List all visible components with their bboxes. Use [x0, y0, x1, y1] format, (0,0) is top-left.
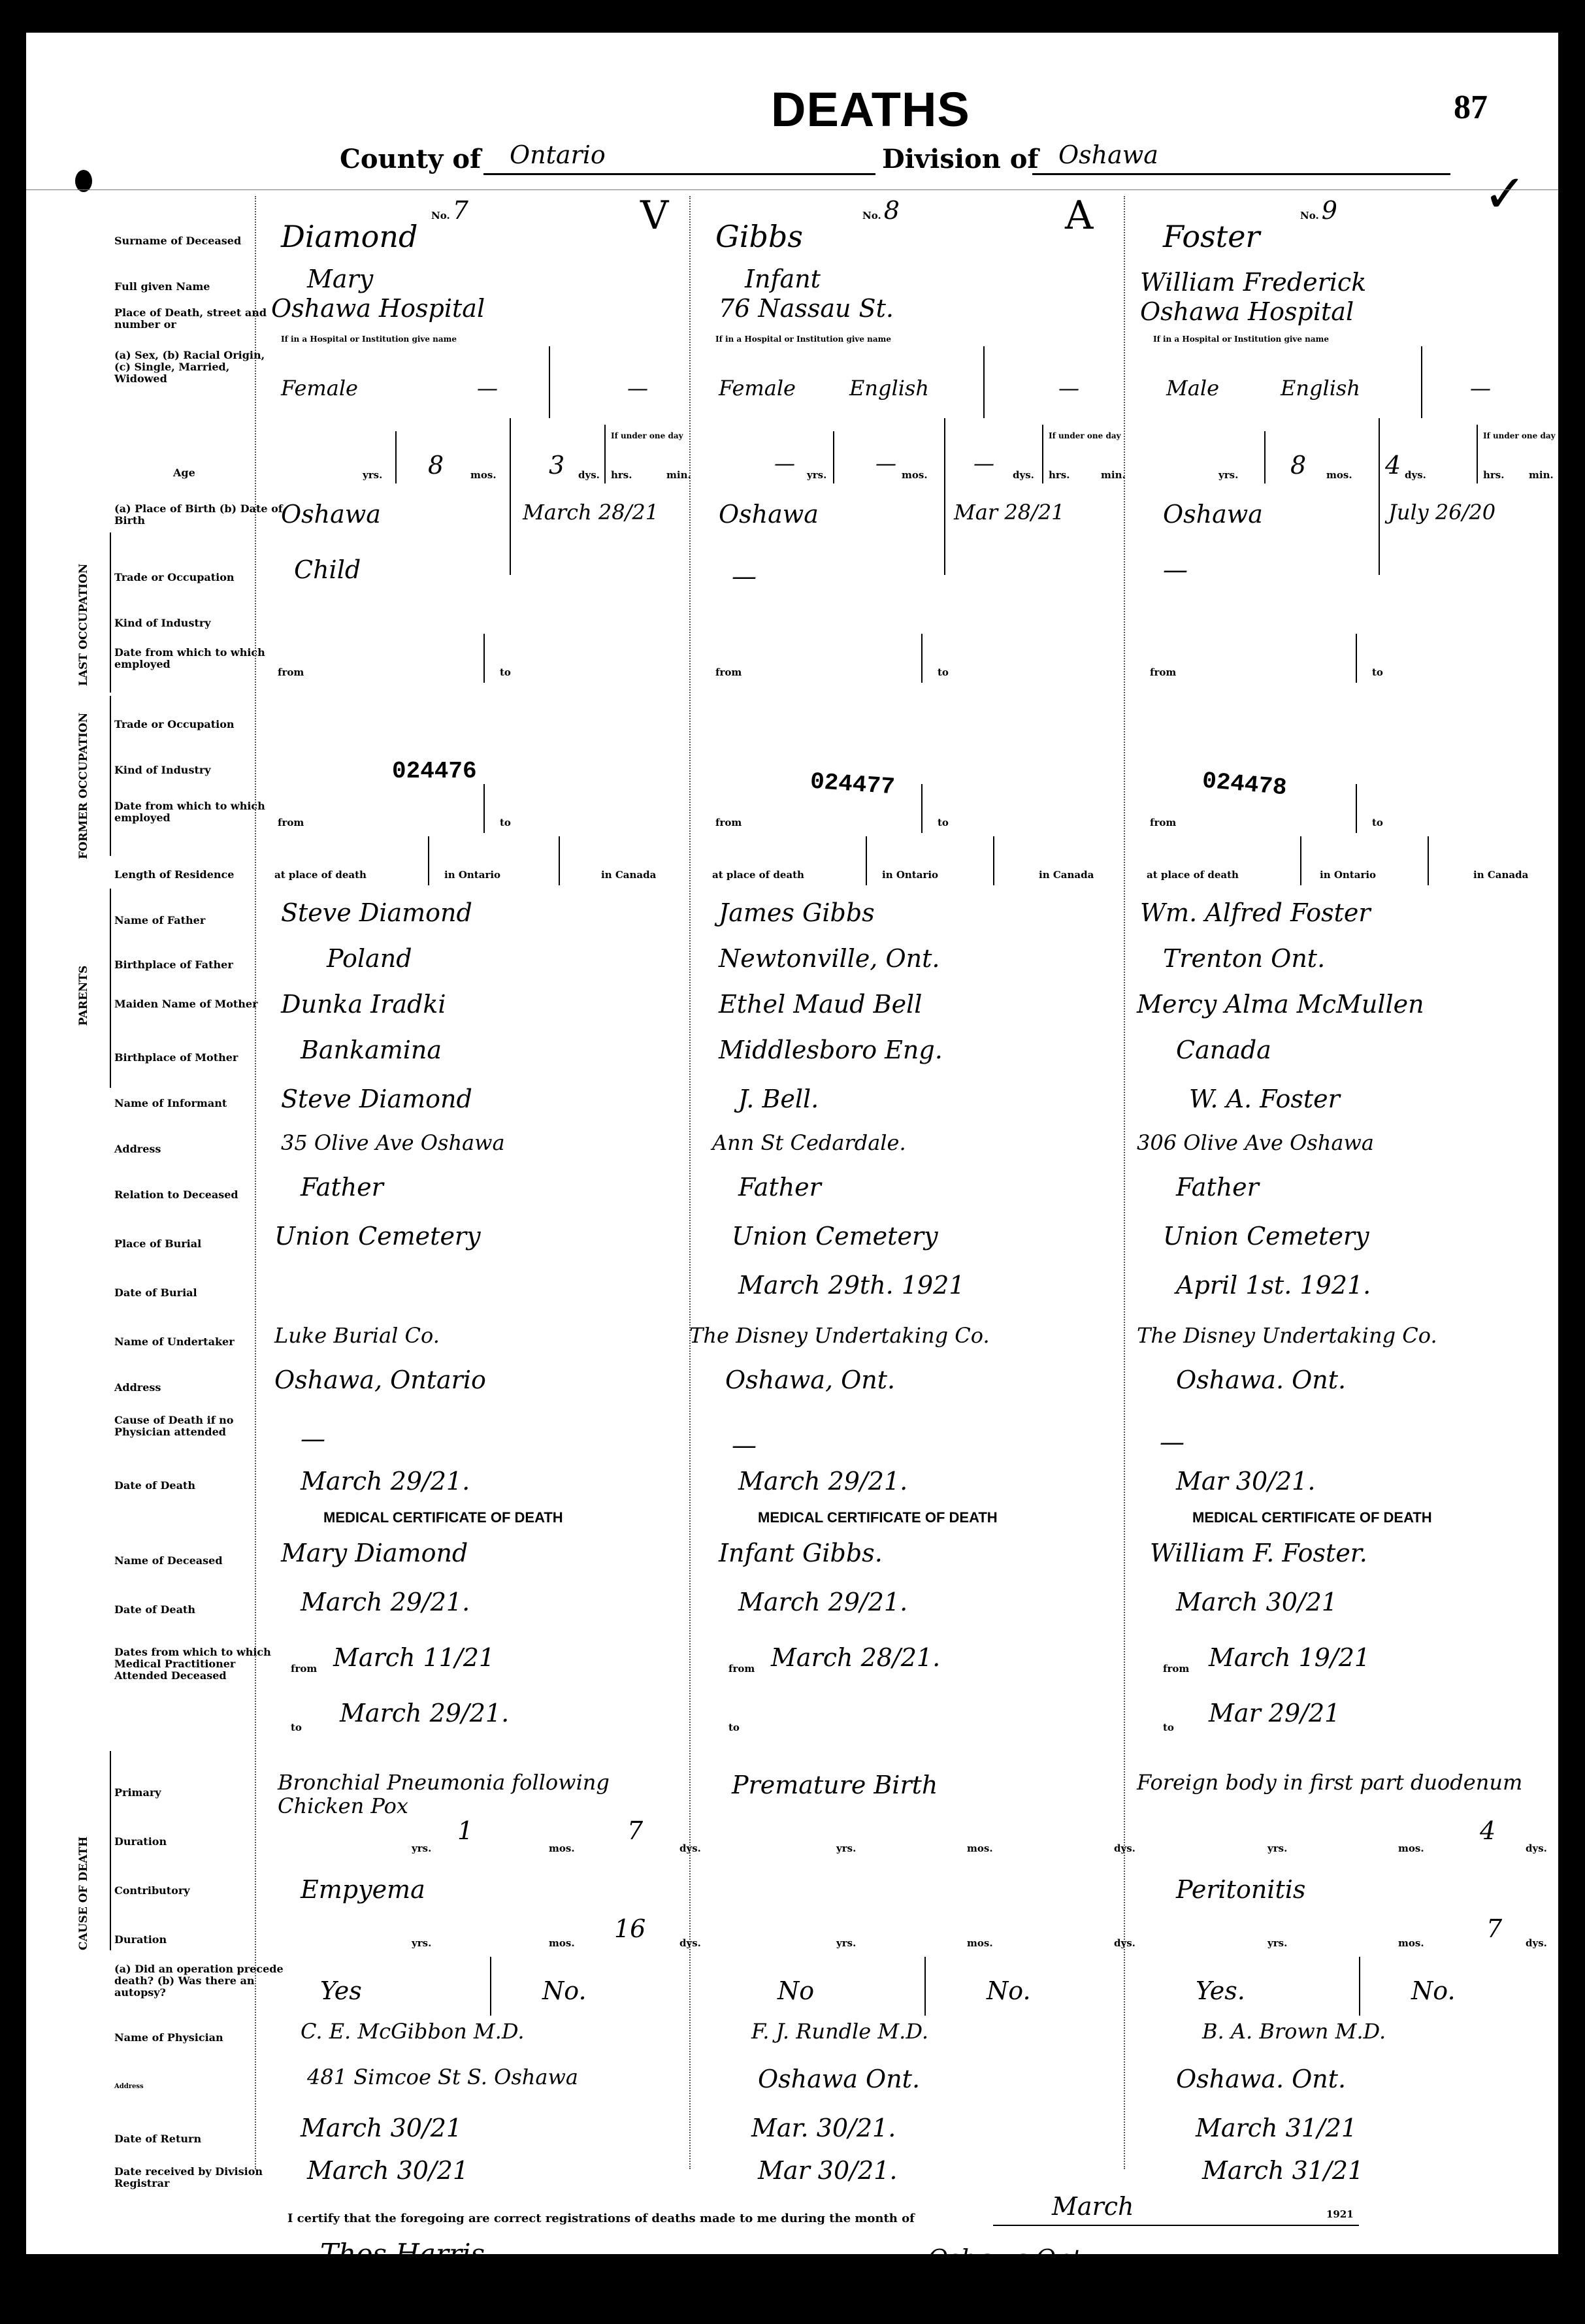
- record-3-sex: Male: [1166, 376, 1219, 401]
- section-bracket: [110, 1751, 111, 1950]
- record-1-informant: Steve Diamond: [281, 1085, 472, 1113]
- label-residence: Length of Residence: [114, 869, 284, 881]
- record-1-mother-maiden: Dunka Iradki: [281, 990, 446, 1019]
- grid-line: [483, 784, 485, 833]
- label-given-name: Full given Name: [114, 281, 284, 293]
- under-one-day-1: If under one day: [611, 431, 683, 440]
- record-3-undertaker-address: Oshawa. Ont.: [1176, 1366, 1346, 1394]
- label-surname: Surname of Deceased: [114, 235, 284, 247]
- label-birth: (a) Place of Birth (b) Date of Birth: [114, 503, 284, 527]
- record-2-sex: Female: [719, 376, 796, 401]
- record-1-birth-place: Oshawa: [281, 500, 381, 529]
- record-3-burial-place: Union Cemetery: [1163, 1222, 1369, 1251]
- grid-line: [1356, 784, 1357, 833]
- county-label: County of: [340, 144, 481, 174]
- former-from-3: from: [1150, 817, 1176, 828]
- label-former-industry: Kind of Industry: [114, 764, 284, 776]
- record-1-autopsy: No.: [542, 1976, 587, 2005]
- certification-text: I certify that the foregoing are correct…: [287, 2212, 915, 2225]
- from-2: from: [715, 666, 742, 678]
- label-undertaker-address: Address: [114, 1382, 284, 1394]
- record-2-autopsy: No.: [987, 1976, 1031, 2005]
- grid-line: [983, 346, 985, 418]
- record-1-primary: Bronchial Pneumonia following Chicken Po…: [278, 1771, 670, 1818]
- record-3-attended-to: Mar 29/21: [1209, 1699, 1340, 1727]
- res-ontario-3: in Ontario: [1320, 869, 1376, 881]
- record-1-birth-date: March 28/21: [523, 500, 659, 525]
- registrar-signature: Thos Harris: [320, 2238, 485, 2270]
- label-med-name: Name of Deceased: [114, 1555, 284, 1567]
- record-2-mother-maiden: Ethel Maud Bell: [719, 990, 922, 1019]
- grid-line: [559, 836, 560, 885]
- county-underline: [483, 173, 875, 175]
- section-bracket: [110, 532, 111, 693]
- record-2-place-of-death: 76 Nassau St.: [719, 294, 894, 323]
- record-1-surname: Diamond: [281, 219, 417, 254]
- label-employed: Date from which to which employed: [114, 647, 284, 670]
- label-column-divider: [255, 196, 256, 2169]
- header-divider: [26, 189, 1558, 190]
- record-2-date-return: Mar. 30/21.: [751, 2114, 896, 2142]
- signature-line: [287, 2267, 732, 2268]
- record-3-med-name: William F. Foster.: [1150, 1539, 1367, 1567]
- label-undertaker: Name of Undertaker: [114, 1336, 284, 1348]
- footer-address-label: Address: [833, 2259, 877, 2271]
- record-1-marital: —: [627, 376, 648, 401]
- under-one-day-2: If under one day: [1049, 431, 1121, 440]
- grid-line: [833, 431, 834, 483]
- label-trade: Trade or Occupation: [114, 572, 284, 583]
- grid-line: [866, 836, 867, 885]
- record-1-father-name: Steve Diamond: [281, 898, 472, 927]
- grid-line: [510, 418, 511, 575]
- label-date-return: Date of Return: [114, 2133, 284, 2145]
- record-1-sex: Female: [281, 376, 358, 401]
- record-1-burial-place: Union Cemetery: [274, 1222, 481, 1251]
- label-burial-date: Date of Burial: [114, 1287, 284, 1299]
- hospital-note-3: If in a Hospital or Institution give nam…: [1153, 335, 1329, 344]
- grid-line: [1300, 836, 1301, 885]
- section-last-occupation: LAST OCCUPATION: [77, 564, 90, 686]
- registrar-per: per F.E.H.: [392, 2274, 499, 2299]
- record-1-attended-to: March 29/21.: [340, 1699, 509, 1727]
- record-2-informant-address: Ann St Cedardale.: [712, 1130, 906, 1155]
- record-1-date-of-death: March 29/21.: [301, 1467, 470, 1496]
- medical-certificate-heading-2: MEDICAL CERTIFICATE OF DEATH: [758, 1509, 998, 1526]
- record-3-trade: —: [1163, 555, 1188, 584]
- record-2-race: English: [849, 376, 929, 401]
- record-3-father-birthplace: Trenton Ont.: [1163, 944, 1325, 973]
- record-1-undertaker: Luke Burial Co.: [274, 1323, 440, 1348]
- record-1-physician-address: 481 Simcoe St S. Oshawa: [307, 2065, 647, 2089]
- record-2-birth-place: Oshawa: [719, 500, 819, 529]
- record-1-mother-birthplace: Bankamina: [301, 1036, 442, 1064]
- record-2-mark: A: [1065, 193, 1093, 238]
- res-at-place-2: at place of death: [712, 869, 804, 881]
- record-2-trade: —: [732, 562, 757, 591]
- grid-line: [604, 425, 606, 483]
- record-1-informant-address: 35 Olive Ave Oshawa: [281, 1130, 505, 1155]
- label-date-received: Date received by Division Registrar: [114, 2166, 284, 2189]
- record-3-race: English: [1281, 376, 1360, 401]
- record-3-contributory: Peritonitis: [1176, 1875, 1305, 1904]
- division-value: Oshawa: [1058, 140, 1158, 169]
- hospital-note-2: If in a Hospital or Institution give nam…: [715, 335, 891, 344]
- record-2-undertaker: The Disney Undertaking Co.: [689, 1323, 990, 1348]
- record-2-physician-address: Oshawa Ont.: [758, 2065, 920, 2093]
- res-canada-3: in Canada: [1473, 869, 1528, 881]
- label-father-birthplace: Birthplace of Father: [114, 959, 284, 971]
- record-1-med-date: March 29/21.: [301, 1588, 470, 1616]
- record-1-date-received: March 30/21: [307, 2156, 468, 2185]
- record-2-operation: No: [777, 1976, 814, 2005]
- record-3-cause-no-physician: —: [1160, 1428, 1185, 1456]
- attended-from-label-1: from: [291, 1663, 317, 1675]
- from-3: from: [1150, 666, 1176, 678]
- res-at-place-3: at place of death: [1147, 869, 1239, 881]
- label-med-date: Date of Death: [114, 1604, 284, 1616]
- record-1-attended-from: March 11/21: [333, 1643, 495, 1672]
- record-3-stamp: 024478: [1201, 767, 1288, 801]
- record-2-father-name: James Gibbs: [719, 898, 875, 927]
- grid-line: [921, 634, 923, 683]
- record-1-physician: C. E. McGibbon M.D.: [301, 2019, 525, 2044]
- record-1-trade: Child: [294, 555, 361, 584]
- page-number: 87: [1454, 88, 1488, 127]
- attended-from-label-2: from: [728, 1663, 755, 1675]
- record-3-mother-maiden: Mercy Alma McMullen: [1137, 990, 1424, 1019]
- label-informant: Name of Informant: [114, 1098, 284, 1109]
- month-underline: [993, 2225, 1359, 2226]
- grid-line: [490, 1957, 491, 2016]
- res-ontario-1: in Ontario: [444, 869, 500, 881]
- record-2-undertaker-address: Oshawa, Ont.: [725, 1366, 895, 1394]
- grid-line: [1477, 425, 1478, 483]
- grid-line: [1042, 425, 1043, 483]
- record-3-relation: Father: [1176, 1173, 1259, 1202]
- label-place-of-death: Place of Death, street and number or: [114, 307, 284, 331]
- grid-line: [1356, 634, 1357, 683]
- record-3-surname: Foster: [1163, 219, 1260, 254]
- certification-year: 1921: [1326, 2208, 1354, 2220]
- record-1-place-of-death: Oshawa Hospital: [271, 294, 485, 323]
- label-date-of-death: Date of Death: [114, 1480, 284, 1492]
- record-1-stamp: 024476: [392, 758, 477, 785]
- record-3-date-received: March 31/21: [1202, 2156, 1364, 2185]
- former-to-1: to: [500, 817, 511, 828]
- record-3-date-return: March 31/21: [1196, 2114, 1357, 2142]
- label-mother-maiden: Maiden Name of Mother: [114, 998, 284, 1010]
- record-2-number: No. 8: [862, 196, 900, 225]
- death-register-page: DEATHS 87 County of Ontario Division of …: [26, 33, 1558, 2254]
- grid-line: [395, 431, 397, 483]
- label-cause-no-physician: Cause of Death if no Physician attended: [114, 1415, 284, 1438]
- record-2-relation: Father: [738, 1173, 821, 1202]
- label-mother-birthplace: Birthplace of Mother: [114, 1052, 284, 1064]
- division-underline: [1032, 173, 1450, 175]
- record-1-number: No. 7: [431, 196, 468, 225]
- section-former-occupation: FORMER OCCUPATION: [77, 713, 90, 859]
- grid-line: [924, 1957, 926, 2016]
- grid-line: [549, 346, 550, 418]
- to-3: to: [1372, 666, 1383, 678]
- section-parents: PARENTS: [77, 966, 90, 1026]
- record-1-relation: Father: [301, 1173, 384, 1202]
- label-contrib-duration: Duration: [114, 1934, 284, 1946]
- record-3-primary: Foreign body in first part duodenum: [1137, 1771, 1542, 1794]
- grid-line: [944, 418, 945, 575]
- record-3-physician-address: Oshawa. Ont.: [1176, 2065, 1346, 2093]
- label-father-name: Name of Father: [114, 915, 284, 926]
- record-3-father-name: Wm. Alfred Foster: [1140, 898, 1371, 927]
- section-bracket: [110, 889, 111, 1088]
- record-2-burial-place: Union Cemetery: [732, 1222, 938, 1251]
- res-canada-2: in Canada: [1039, 869, 1094, 881]
- dr-label: D.R.: [732, 2259, 755, 2271]
- footer-address-value: Oshawa Ont.: [928, 2244, 1090, 2273]
- certification-month: March: [1052, 2192, 1134, 2221]
- label-primary-duration: Duration: [114, 1836, 284, 1848]
- record-2-father-birthplace: Newtonville, Ont.: [719, 944, 940, 973]
- label-former-trade: Trade or Occupation: [114, 719, 284, 730]
- section-bracket: [110, 696, 111, 856]
- grid-line: [1379, 418, 1380, 575]
- record-1-contributory: Empyema: [301, 1875, 425, 1904]
- record-2-surname: Gibbs: [715, 219, 803, 254]
- record-2-med-name: Infant Gibbs.: [719, 1539, 883, 1567]
- record-3-undertaker: The Disney Undertaking Co.: [1137, 1323, 1437, 1348]
- record-3-marital: —: [1470, 376, 1491, 401]
- grid-line: [1264, 431, 1266, 483]
- from-1: from: [278, 666, 304, 678]
- record-3-physician: B. A. Brown M.D.: [1202, 2019, 1386, 2044]
- grid-line: [1359, 1957, 1360, 2016]
- record-1-med-name: Mary Diamond: [281, 1539, 468, 1567]
- record-3-birth-date: July 26/20: [1388, 500, 1495, 525]
- under-one-day-3: If under one day: [1483, 431, 1556, 440]
- section-cause-of-death: CAUSE OF DEATH: [77, 1837, 90, 1950]
- page-title: DEATHS: [771, 82, 970, 137]
- res-at-place-1: at place of death: [274, 869, 367, 881]
- label-burial-place: Place of Burial: [114, 1238, 284, 1250]
- record-3-informant: W. A. Foster: [1189, 1085, 1340, 1113]
- record-2-given-name: Infant: [745, 265, 821, 293]
- grid-line: [993, 836, 994, 885]
- grid-line: [1428, 836, 1429, 885]
- record-1-mark: V: [640, 193, 668, 238]
- address-line: [895, 2267, 1352, 2268]
- record-2-stamp: 024477: [809, 768, 896, 801]
- label-attended: Dates from which to which Medical Practi…: [114, 1646, 284, 1682]
- division-label: Division of: [882, 144, 1039, 174]
- column-divider-2: [1124, 196, 1125, 2169]
- label-former-employed: Date from which to which employed: [114, 800, 284, 824]
- record-3-number: No. 9: [1300, 196, 1337, 225]
- record-1-undertaker-address: Oshawa, Ontario: [274, 1366, 486, 1394]
- record-1-given-name: Mary: [307, 265, 373, 293]
- label-operation: (a) Did an operation precede death? (b) …: [114, 1963, 284, 1999]
- record-3-med-date: March 30/21: [1176, 1588, 1337, 1616]
- column-divider-1: [689, 196, 691, 2169]
- former-to-3: to: [1372, 817, 1383, 828]
- check-mark-icon: ✓: [1483, 163, 1527, 224]
- record-3-attended-from: March 19/21: [1209, 1643, 1370, 1672]
- res-ontario-2: in Ontario: [882, 869, 938, 881]
- record-1-father-birthplace: Poland: [327, 944, 412, 973]
- hospital-note-1: If in a Hospital or Institution give nam…: [281, 335, 457, 344]
- medical-certificate-heading-1: MEDICAL CERTIFICATE OF DEATH: [323, 1509, 563, 1526]
- record-1-cause-no-physician: —: [301, 1424, 325, 1453]
- attended-from-label-3: from: [1163, 1663, 1189, 1675]
- former-to-2: to: [938, 817, 949, 828]
- record-1-race: —: [477, 376, 498, 401]
- to-1: to: [500, 666, 511, 678]
- record-2-attended-from: March 28/21.: [771, 1643, 940, 1672]
- grid-line: [428, 836, 429, 885]
- record-2-date-received: Mar 30/21.: [758, 2156, 897, 2185]
- record-3-burial-date: April 1st. 1921.: [1176, 1271, 1371, 1300]
- record-2-informant: J. Bell.: [738, 1085, 819, 1113]
- label-sex-race: (a) Sex, (b) Racial Origin, (c) Single, …: [114, 350, 284, 385]
- record-2-mother-birthplace: Middlesboro Eng.: [719, 1036, 943, 1064]
- attended-to-label-1: to: [291, 1722, 302, 1733]
- label-relation: Relation to Deceased: [114, 1189, 284, 1201]
- grid-line: [483, 634, 485, 683]
- label-physician: Name of Physician: [114, 2032, 284, 2044]
- record-3-autopsy: No.: [1411, 1976, 1456, 2005]
- record-3-place-of-death: Oshawa Hospital: [1140, 297, 1354, 326]
- to-2: to: [938, 666, 949, 678]
- record-2-cause-no-physician: —: [732, 1431, 757, 1460]
- attended-to-label-2: to: [728, 1722, 740, 1733]
- record-2-marital: —: [1058, 376, 1079, 401]
- record-3-given-name: William Frederick: [1140, 268, 1366, 297]
- record-3-date-of-death: Mar 30/21.: [1176, 1467, 1315, 1496]
- record-3-operation: Yes.: [1196, 1976, 1245, 2005]
- label-primary: Primary: [114, 1787, 284, 1799]
- record-2-date-of-death: March 29/21.: [738, 1467, 907, 1496]
- label-contributory: Contributory: [114, 1885, 284, 1897]
- medical-certificate-heading-3: MEDICAL CERTIFICATE OF DEATH: [1192, 1509, 1432, 1526]
- county-value: Ontario: [510, 140, 606, 169]
- grid-line: [1421, 346, 1422, 418]
- former-from-1: from: [278, 817, 304, 828]
- label-industry: Kind of Industry: [114, 617, 284, 629]
- res-canada-1: in Canada: [601, 869, 656, 881]
- record-1-date-return: March 30/21: [301, 2114, 462, 2142]
- record-2-physician: F. J. Rundle M.D.: [751, 2019, 928, 2044]
- former-from-2: from: [715, 817, 742, 828]
- label-age: Age: [173, 467, 343, 479]
- record-2-birth-date: Mar 28/21: [954, 500, 1065, 525]
- record-2-primary: Premature Birth: [732, 1771, 938, 1799]
- grid-line: [921, 784, 923, 833]
- record-3-informant-address: 306 Olive Ave Oshawa: [1137, 1130, 1374, 1155]
- record-2-burial-date: March 29th. 1921: [738, 1271, 965, 1300]
- label-informant-address: Address: [114, 1143, 284, 1155]
- record-1-operation: Yes: [320, 1976, 362, 2005]
- record-2-med-date: March 29/21.: [738, 1588, 907, 1616]
- label-physician-address: Address: [114, 2081, 284, 2093]
- punch-hole: [75, 170, 92, 192]
- attended-to-label-3: to: [1163, 1722, 1174, 1733]
- record-3-mother-birthplace: Canada: [1176, 1036, 1271, 1064]
- record-3-birth-place: Oshawa: [1163, 500, 1263, 529]
